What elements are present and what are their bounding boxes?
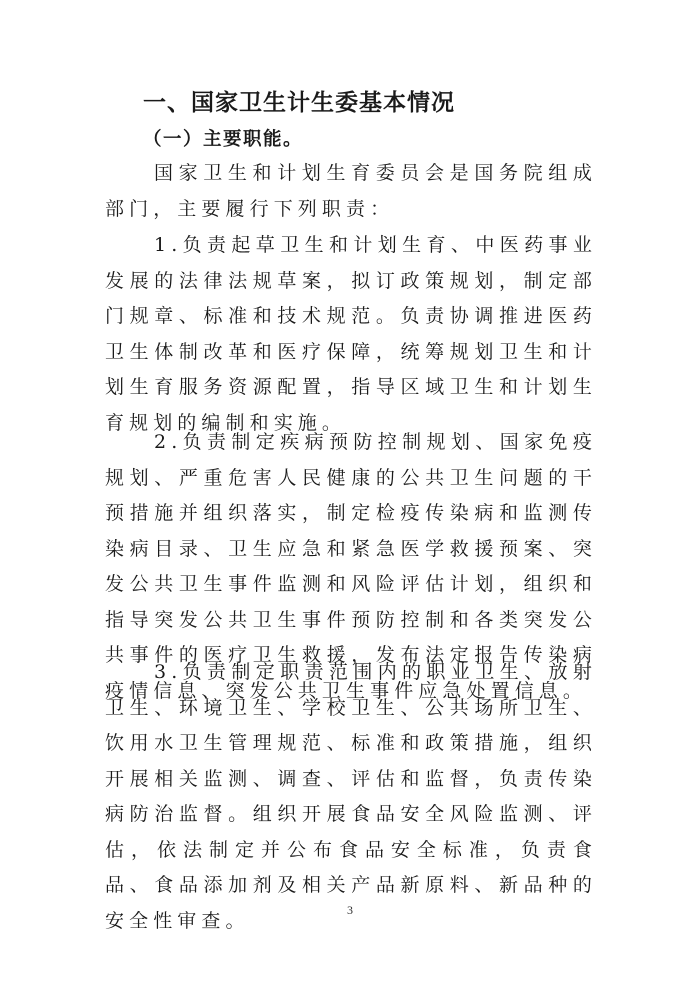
- duty-item-3: 3.负责制定职责范围内的职业卫生、放射卫生、环境卫生、学校卫生、公共场所卫生、饮…: [105, 655, 597, 939]
- section-heading: 一、国家卫生计生委基本情况: [143, 88, 455, 118]
- duty-item-1: 1.负责起草卫生和计划生育、中医药事业发展的法律法规草案，拟订政策规划，制定部门…: [105, 228, 597, 441]
- intro-paragraph: 国家卫生和计划生育委员会是国务院组成部门，主要履行下列职责：: [105, 156, 597, 227]
- page-number: 3: [0, 903, 700, 918]
- document-page: 一、国家卫生计生委基本情况 （一）主要职能。 国家卫生和计划生育委员会是国务院组…: [0, 0, 700, 989]
- subsection-heading: （一）主要职能。: [143, 127, 303, 153]
